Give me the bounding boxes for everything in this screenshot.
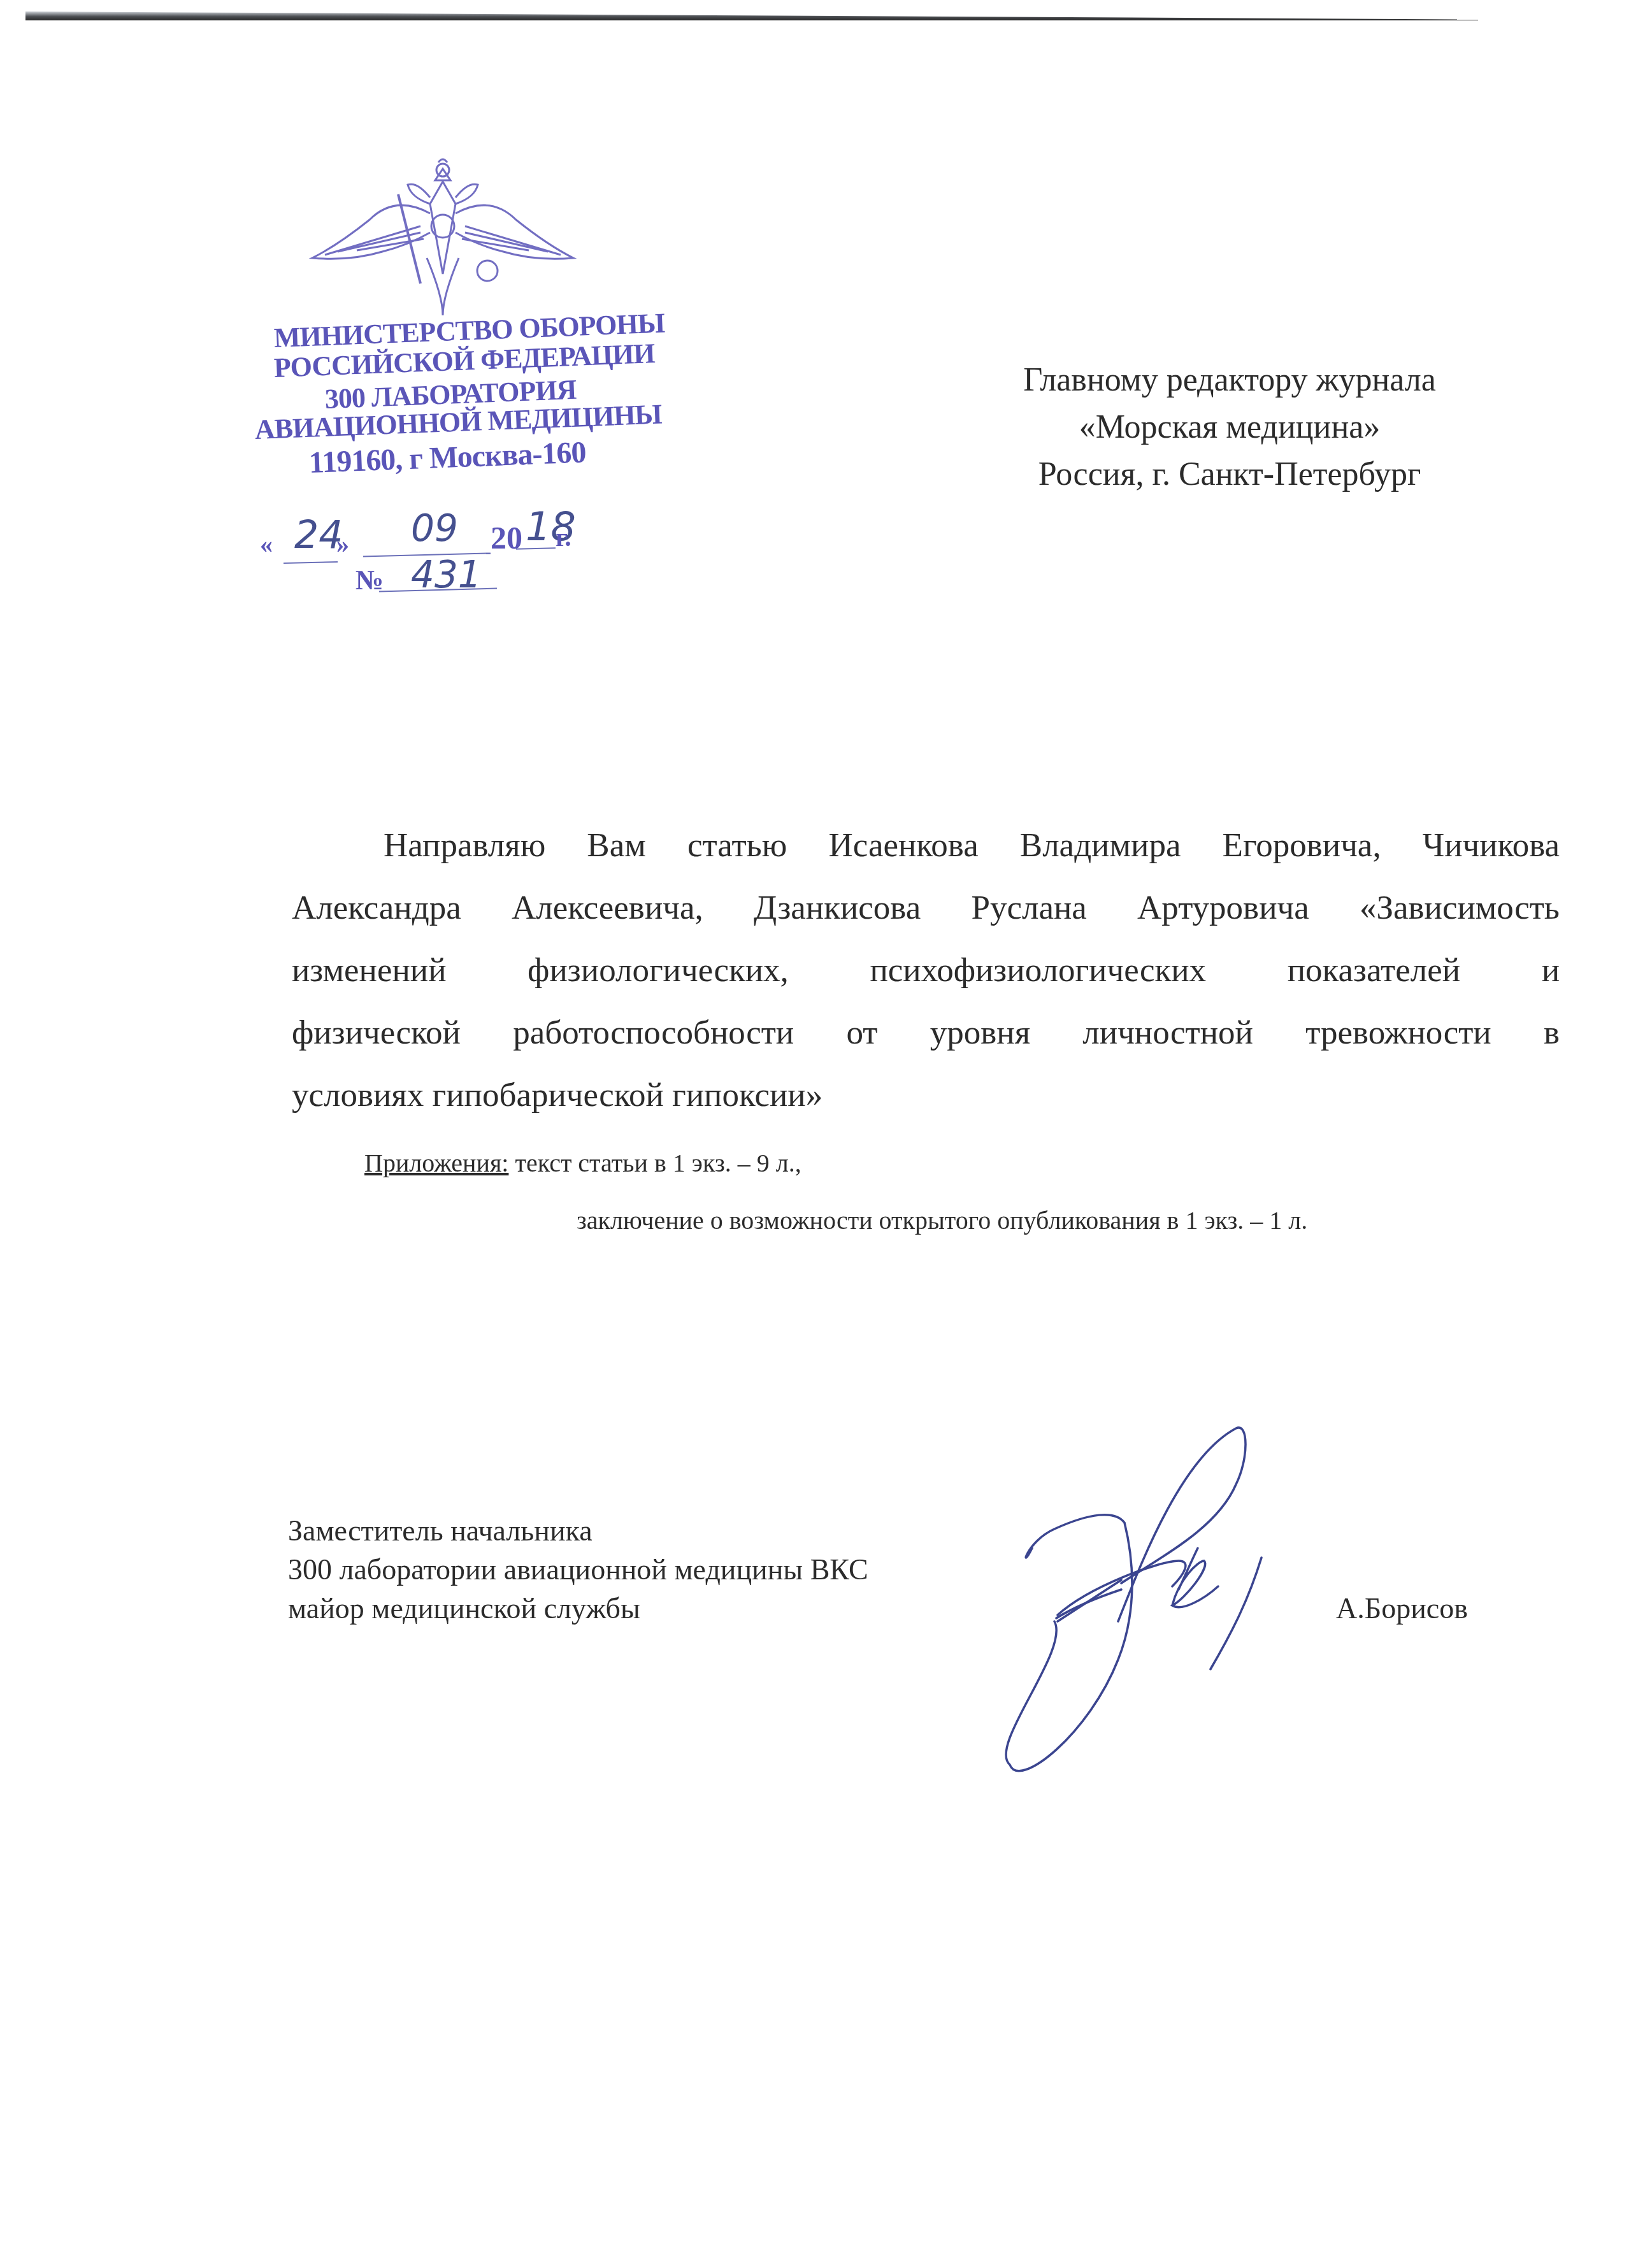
attachment-item-2: заключение о возможности открытого опубл… [577,1205,1307,1235]
date-year-prefix: 20 [491,519,522,556]
handwritten-signature-icon [981,1414,1363,1809]
double-headed-eagle-icon [299,156,586,322]
addressee-line-city: Россия, г. Санкт-Петербург [956,451,1504,498]
addressee-line-journal: «Морская медицина» [956,404,1504,451]
body-line-3: изменений физиологических, психофизиолог… [292,951,1560,989]
signatory-position-line-2: 300 лаборатории авиационной медицины ВКС [288,1553,868,1586]
scan-edge-shadow [25,11,1478,20]
addressee-block: Главному редактору журнала «Морская меди… [956,357,1504,498]
date-close-quote: » [336,529,349,559]
body-line-5: условиях гипобарической гипоксии» [292,1076,1560,1114]
date-open-quote: « [260,529,273,559]
signatory-position-line-1: Заместитель начальника [288,1514,593,1547]
body-line-2: Александра Алексеевича, Дзанкисова Русла… [292,889,1560,927]
body-line-1: Направляю Вам статью Исаенкова Владимира… [384,826,1560,865]
addressee-line-editor: Главному редактору журнала [956,357,1504,404]
body-line-4: физической работоспособности от уровня л… [292,1014,1560,1052]
date-year-label: г. [556,522,571,553]
date-day: 24 [294,513,343,557]
signatory-position-line-3: майор медицинской службы [288,1591,640,1625]
attachment-item-1: текст статьи в 1 экз. – 9 л., [515,1149,801,1177]
stamp-date: « 24 » 09 20 18 г. № 431 [255,503,701,599]
attachments-label: Приложения: [364,1149,508,1177]
date-month: 09 [411,506,458,550]
stamp-line-aviation-medicine: АВИАЦИОННОЙ МЕДИЦИНЫ [254,398,662,445]
